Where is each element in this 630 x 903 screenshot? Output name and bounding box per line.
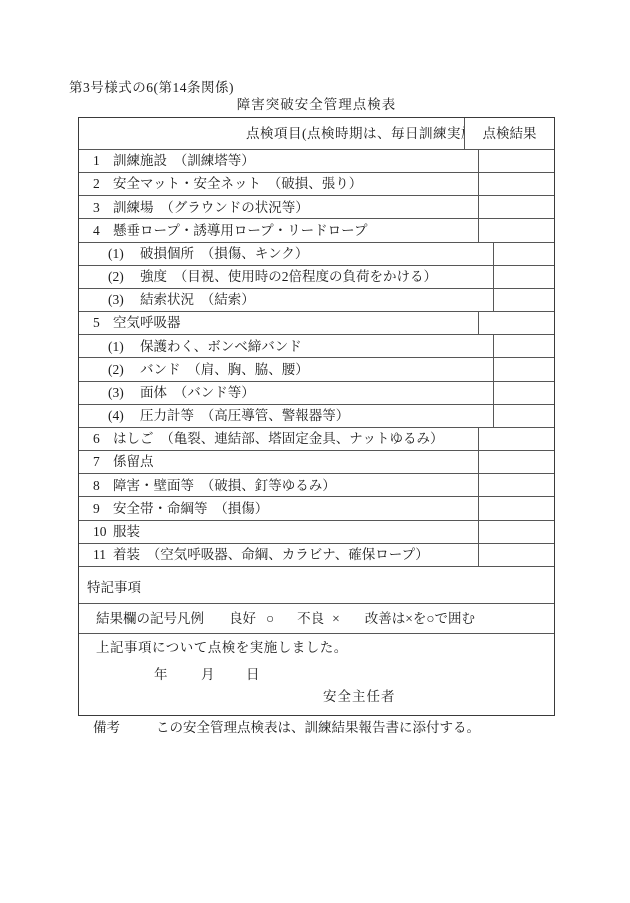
month-label: 月 xyxy=(201,668,215,682)
remarks-label: 備考 xyxy=(93,720,120,735)
table-row: 5空気呼吸器 xyxy=(79,311,554,334)
item-number: 9 xyxy=(93,502,113,516)
table-row: (4)圧力計等 （高圧導管、警報器等） xyxy=(79,404,554,427)
result-cell xyxy=(494,266,554,288)
result-header-cell: 点検結果 xyxy=(465,118,554,149)
result-cell xyxy=(479,544,554,566)
item-number: 7 xyxy=(93,455,113,469)
result-cell xyxy=(479,451,554,473)
result-cell xyxy=(479,150,554,172)
result-cell xyxy=(479,312,554,334)
item-cell: (3)結索状況 （結索） xyxy=(79,289,494,311)
table-row: (3)面体 （バンド等） xyxy=(79,381,554,404)
table-row: 10服装 xyxy=(79,520,554,543)
item-number: (1) xyxy=(108,247,140,261)
item-label: 安全マット・安全ネット （破損、張り） xyxy=(113,177,362,191)
item-label: 強度 （目視、使用時の2倍程度の負荷をかける） xyxy=(140,270,437,284)
special-notes-label: 特記事項 xyxy=(83,574,554,595)
item-number: (2) xyxy=(108,363,140,377)
item-cell: (2)バンド （肩、胸、脇、腰） xyxy=(79,358,494,380)
item-number: 8 xyxy=(93,479,113,493)
table-row: 7係留点 xyxy=(79,450,554,473)
item-number: 11 xyxy=(93,548,113,562)
table-row: 8障害・壁面等 （破損、釘等ゆるみ） xyxy=(79,473,554,496)
item-label: 障害・壁面等 （破損、釘等ゆるみ） xyxy=(113,479,336,493)
item-cell: 7係留点 xyxy=(79,451,479,473)
item-label: 破損個所 （損傷、キンク） xyxy=(140,247,308,261)
remarks-note: 備考この安全管理点検表は、訓練結果報告書に添付する。 xyxy=(93,721,480,735)
table-row: 9安全帯・命綱等 （損傷） xyxy=(79,496,554,519)
table-row: 4懸垂ロープ・誘導用ロープ・リードロープ xyxy=(79,218,554,241)
result-cell xyxy=(494,243,554,265)
item-number: 2 xyxy=(93,177,113,191)
table-row: (3)結索状況 （結索） xyxy=(79,288,554,311)
legend-good-label: 良好 xyxy=(229,612,256,626)
item-label: 係留点 xyxy=(113,455,154,469)
legend-improve-text: 改善は×を○で囲む xyxy=(365,612,475,626)
item-number: (3) xyxy=(108,386,140,400)
item-cell: (3)面体 （バンド等） xyxy=(79,382,494,404)
item-label: 訓練場 （グラウンドの状況等） xyxy=(113,201,309,215)
item-label: 面体 （バンド等） xyxy=(140,386,255,400)
year-label: 年 xyxy=(154,668,168,682)
item-cell: (2)強度 （目視、使用時の2倍程度の負荷をかける） xyxy=(79,266,494,288)
item-label: はしご （亀裂、連結部、塔固定金具、ナットゆるみ） xyxy=(113,432,443,446)
item-cell: 6はしご （亀裂、連結部、塔固定金具、ナットゆるみ） xyxy=(79,428,479,450)
table-row: 11着装 （空気呼吸器、命綱、カラビナ、確保ロープ） xyxy=(79,543,554,566)
item-number: (4) xyxy=(108,409,140,423)
item-number: 6 xyxy=(93,432,113,446)
table-row: 6はしご （亀裂、連結部、塔固定金具、ナットゆるみ） xyxy=(79,427,554,450)
form-number: 第3号様式の6(第14条関係) xyxy=(69,81,234,95)
item-cell: 9安全帯・命綱等 （損傷） xyxy=(79,497,479,519)
document-page: 第3号様式の6(第14条関係) 障害突破安全管理点検表 点検項目(点検時期は、毎… xyxy=(0,0,630,903)
table-rows: 1訓練施設 （訓練塔等）2安全マット・安全ネット （破損、張り）3訓練場 （グラ… xyxy=(79,149,554,566)
table-row: 1訓練施設 （訓練塔等） xyxy=(79,149,554,172)
item-label: 着装 （空気呼吸器、命綱、カラビナ、確保ロープ） xyxy=(113,548,429,562)
item-cell: 5空気呼吸器 xyxy=(79,312,479,334)
result-cell xyxy=(479,173,554,195)
legend-bad-label: 不良 xyxy=(297,612,324,626)
signer-label: 安全主任者 xyxy=(323,690,396,704)
table-row: (1)破損個所 （損傷、キンク） xyxy=(79,242,554,265)
result-cell xyxy=(494,405,554,427)
result-cell xyxy=(479,428,554,450)
item-label: 空気呼吸器 xyxy=(113,316,181,330)
result-cell xyxy=(494,358,554,380)
footer-row: 上記事項について点検を実施しました。 年 月 日 安全主任者 xyxy=(79,633,554,715)
result-cell xyxy=(479,196,554,218)
result-cell xyxy=(479,497,554,519)
item-label: 訓練施設 （訓練塔等） xyxy=(113,154,255,168)
table-row: 3訓練場 （グラウンドの状況等） xyxy=(79,195,554,218)
inspection-table: 点検項目(点検時期は、毎日訓練実施前) 点検結果 1訓練施設 （訓練塔等）2安全… xyxy=(78,117,555,716)
special-notes-cell: 特記事項 xyxy=(79,567,554,603)
remarks-text: この安全管理点検表は、訓練結果報告書に添付する。 xyxy=(156,720,480,735)
table-row: (2)バンド （肩、胸、脇、腰） xyxy=(79,357,554,380)
table-header-row: 点検項目(点検時期は、毎日訓練実施前) 点検結果 xyxy=(79,118,554,149)
legend-label: 結果欄の記号凡例 xyxy=(96,612,204,626)
special-notes-row: 特記事項 xyxy=(79,566,554,603)
items-header-cell: 点検項目(点検時期は、毎日訓練実施前) xyxy=(79,118,465,149)
item-number: 3 xyxy=(93,201,113,215)
item-number: (1) xyxy=(108,340,140,354)
item-cell: 11着装 （空気呼吸器、命綱、カラビナ、確保ロープ） xyxy=(79,544,479,566)
result-cell xyxy=(479,474,554,496)
result-cell xyxy=(494,335,554,357)
item-cell: 3訓練場 （グラウンドの状況等） xyxy=(79,196,479,218)
result-cell xyxy=(479,521,554,543)
item-number: 5 xyxy=(93,316,113,330)
legend-good-symbol: ○ xyxy=(266,612,274,626)
day-label: 日 xyxy=(246,668,260,682)
item-number: 1 xyxy=(93,154,113,168)
legend-row: 結果欄の記号凡例 良好 ○ 不良 × 改善は×を○で囲む xyxy=(79,603,554,633)
result-cell xyxy=(479,219,554,241)
table-row: (2)強度 （目視、使用時の2倍程度の負荷をかける） xyxy=(79,265,554,288)
result-cell xyxy=(494,289,554,311)
item-label: 圧力計等 （高圧導管、警報器等） xyxy=(140,409,349,423)
item-cell: 8障害・壁面等 （破損、釘等ゆるみ） xyxy=(79,474,479,496)
document-title: 障害突破安全管理点検表 xyxy=(78,98,555,112)
inspection-statement: 上記事項について点検を実施しました。 xyxy=(96,641,348,655)
table-row: (1)保護わく、ボンベ締バンド xyxy=(79,334,554,357)
result-cell xyxy=(494,382,554,404)
item-label: バンド （肩、胸、脇、腰） xyxy=(140,363,309,377)
item-label: 安全帯・命綱等 （損傷） xyxy=(113,502,268,516)
item-cell: 4懸垂ロープ・誘導用ロープ・リードロープ xyxy=(79,219,479,241)
table-row: 2安全マット・安全ネット （破損、張り） xyxy=(79,172,554,195)
item-cell: (1)破損個所 （損傷、キンク） xyxy=(79,243,494,265)
item-cell: 2安全マット・安全ネット （破損、張り） xyxy=(79,173,479,195)
item-cell: (1)保護わく、ボンベ締バンド xyxy=(79,335,494,357)
item-label: 結索状況 （結索） xyxy=(140,293,255,307)
item-cell: 1訓練施設 （訓練塔等） xyxy=(79,150,479,172)
legend-bad-symbol: × xyxy=(332,612,340,626)
item-cell: 10服装 xyxy=(79,521,479,543)
item-number: (3) xyxy=(108,293,140,307)
item-label: 懸垂ロープ・誘導用ロープ・リードロープ xyxy=(113,224,367,238)
item-number: 10 xyxy=(93,525,113,539)
item-number: (2) xyxy=(108,270,140,284)
item-cell: (4)圧力計等 （高圧導管、警報器等） xyxy=(79,405,494,427)
item-number: 4 xyxy=(93,224,113,238)
item-label: 服装 xyxy=(113,525,140,539)
item-label: 保護わく、ボンベ締バンド xyxy=(140,340,302,354)
